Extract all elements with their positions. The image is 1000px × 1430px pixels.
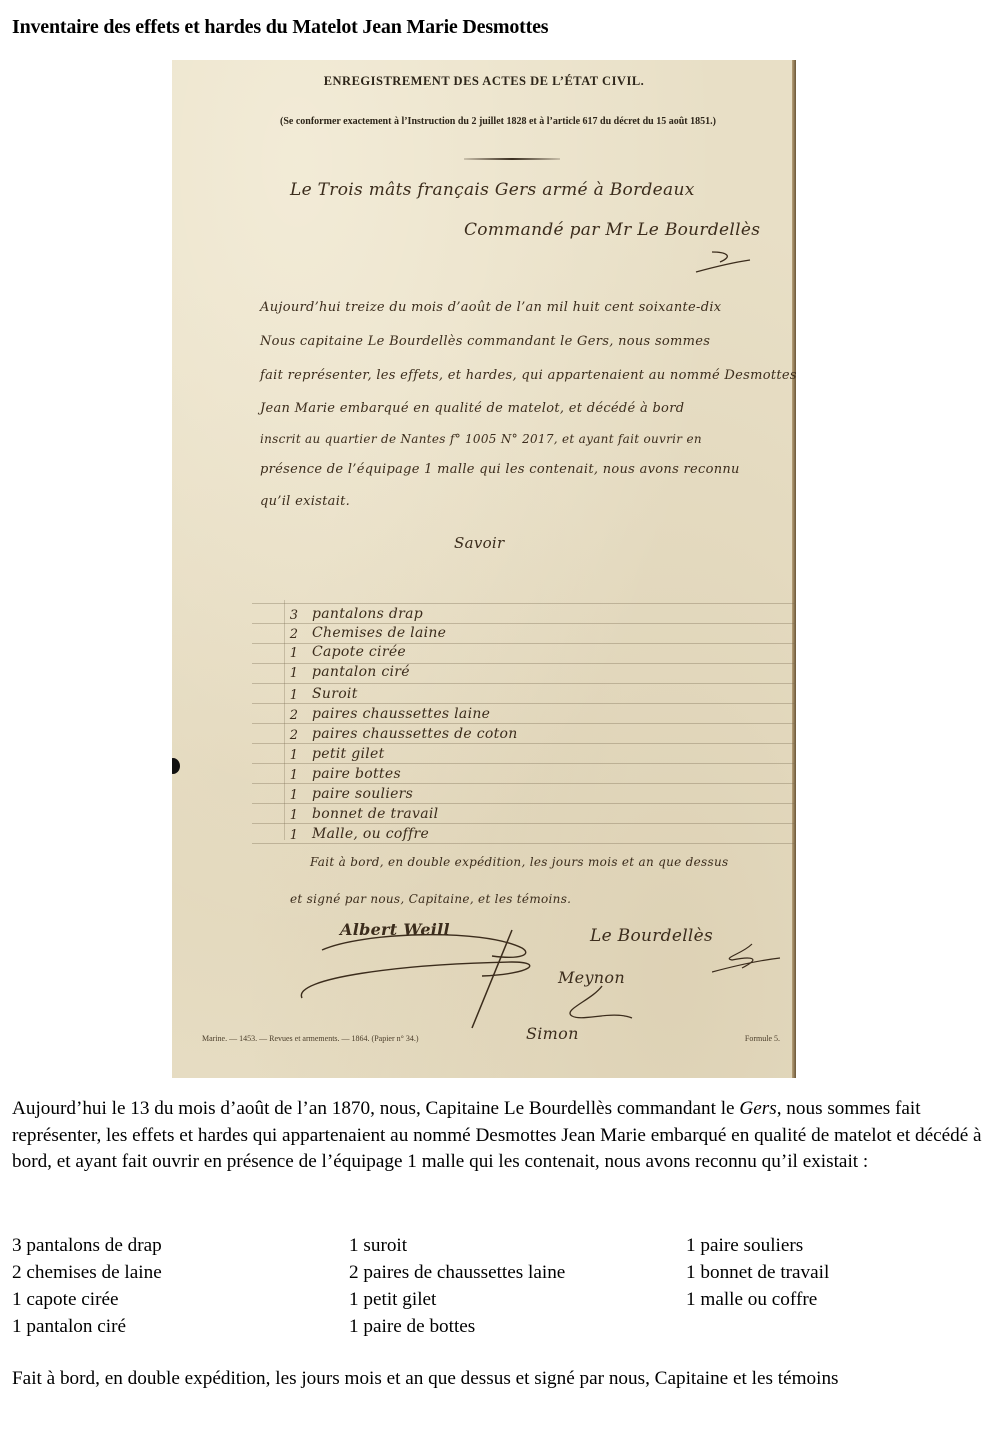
list-qty: 2: [284, 708, 304, 723]
list-qty: 1: [284, 646, 304, 661]
inventory-item: 1 capote cirée: [12, 1286, 349, 1313]
list-item: paires chaussettes laine: [312, 706, 490, 722]
list-item: Malle, ou coffre: [312, 826, 429, 842]
signature-le-bourdelles: Le Bourdellès: [590, 926, 713, 946]
inventory-item: 1 paire de bottes: [349, 1313, 686, 1340]
page-binding-edge: [792, 60, 796, 1078]
list-qty: 1: [284, 688, 304, 703]
scanned-register-page: ENREGISTREMENT DES ACTES DE L’ÉTAT CIVIL…: [172, 60, 796, 1078]
list-item: paire bottes: [312, 766, 401, 782]
signature-flourish-icon: [552, 980, 642, 1025]
signature-flourish-icon: [282, 918, 542, 1038]
handwritten-paragraph-line: inscrit au quartier de Nantes f° 1005 N°…: [260, 432, 702, 446]
ruled-line: [252, 723, 796, 724]
list-qty: 3: [284, 608, 304, 623]
ruled-line: [252, 743, 796, 744]
inventory-item: 1 bonnet de travail: [686, 1259, 992, 1286]
ruled-line: [252, 803, 796, 804]
inventory-item: 2 chemises de laine: [12, 1259, 349, 1286]
list-item: pantalon ciré: [312, 664, 410, 680]
list-qty: 1: [284, 748, 304, 763]
handwritten-paragraph-line: Nous capitaine Le Bourdellès commandant …: [260, 334, 710, 349]
handwritten-paragraph-line: fait représenter, les effets, et hardes,…: [260, 368, 796, 383]
list-item: Capote cirée: [312, 644, 406, 660]
transcription-text: Aujourd’hui le 13 du mois d’août de l’an…: [12, 1098, 739, 1119]
inventory-item: 1 petit gilet: [349, 1286, 686, 1313]
handwritten-paragraph-line: qu’il existait.: [260, 494, 350, 509]
list-qty: 1: [284, 666, 304, 681]
inventory-item: 1 malle ou coffre: [686, 1286, 992, 1313]
handwritten-paragraph-line: Jean Marie embarqué en qualité de matelo…: [260, 401, 684, 416]
list-item: Chemises de laine: [312, 625, 446, 641]
ruled-line: [252, 763, 796, 764]
inventory-item: 1 pantalon ciré: [12, 1313, 349, 1340]
list-item: pantalons drap: [312, 606, 423, 622]
ruled-line: [252, 623, 796, 624]
list-qty: 1: [284, 788, 304, 803]
transcription-paragraph: Aujourd’hui le 13 du mois d’août de l’an…: [12, 1096, 982, 1176]
ruled-line: [252, 843, 796, 844]
handwritten-closing-line: et signé par nous, Capitaine, et les tém…: [290, 892, 571, 906]
ruled-line: [252, 823, 796, 824]
punch-hole: [172, 758, 180, 774]
ruled-line: [252, 703, 796, 704]
handwritten-savoir: Savoir: [454, 534, 505, 552]
list-item: Suroit: [312, 686, 358, 702]
list-qty: 1: [284, 768, 304, 783]
list-qty: 1: [284, 828, 304, 843]
document-title: Inventaire des effets et hardes du Matel…: [12, 16, 548, 39]
ruled-line: [252, 783, 796, 784]
inventory-item: 3 pantalons de drap: [12, 1232, 349, 1259]
printed-footer-right: Formule 5.: [745, 1034, 780, 1043]
ruled-line: [252, 683, 796, 684]
list-item: paire souliers: [312, 786, 413, 802]
printed-subheader: (Se conformer exactement à l’Instruction…: [186, 116, 796, 127]
inventory-item: 2 paires de chaussettes laine: [349, 1259, 686, 1286]
list-item: bonnet de travail: [312, 806, 438, 822]
inventory-column: 1 paire souliers 1 bonnet de travail 1 m…: [686, 1232, 992, 1340]
inventory-column: 1 suroit 2 paires de chaussettes laine 1…: [349, 1232, 686, 1340]
ship-name: Gers: [739, 1098, 776, 1119]
list-qty: 1: [284, 808, 304, 823]
handwritten-paragraph-line: Aujourd’hui treize du mois d’août de l’a…: [260, 300, 721, 315]
inventory-column: 3 pantalons de drap 2 chemises de laine …: [12, 1232, 349, 1340]
handwritten-paragraph-line: présence de l’équipage 1 malle qui les c…: [260, 462, 740, 477]
printed-footer-left: Marine. — 1453. — Revues et armements. —…: [202, 1034, 419, 1043]
list-qty: 2: [284, 728, 304, 743]
list-qty: 2: [284, 627, 304, 642]
signature-simon: Simon: [526, 1024, 579, 1043]
inventory-list: 3 pantalons de drap 2 chemises de laine …: [12, 1232, 992, 1340]
header-divider: [464, 158, 560, 160]
handwritten-heading-line-2: Commandé par Mr Le Bourdellès: [464, 220, 760, 240]
ruled-line: [252, 603, 796, 604]
handwritten-closing-line: Fait à bord, en double expédition, les j…: [310, 855, 728, 869]
signature-flourish-icon: [712, 940, 782, 976]
inventory-item: 1 suroit: [349, 1232, 686, 1259]
handwritten-heading-line-1: Le Trois mâts français Gers armé à Borde…: [290, 180, 695, 200]
closing-paragraph: Fait à bord, en double expédition, les j…: [12, 1366, 982, 1393]
flourish-icon: [692, 248, 752, 276]
list-item: petit gilet: [312, 746, 385, 762]
printed-header: ENREGISTREMENT DES ACTES DE L’ÉTAT CIVIL…: [172, 74, 796, 89]
inventory-item: 1 paire souliers: [686, 1232, 992, 1259]
list-item: paires chaussettes de coton: [312, 726, 518, 742]
